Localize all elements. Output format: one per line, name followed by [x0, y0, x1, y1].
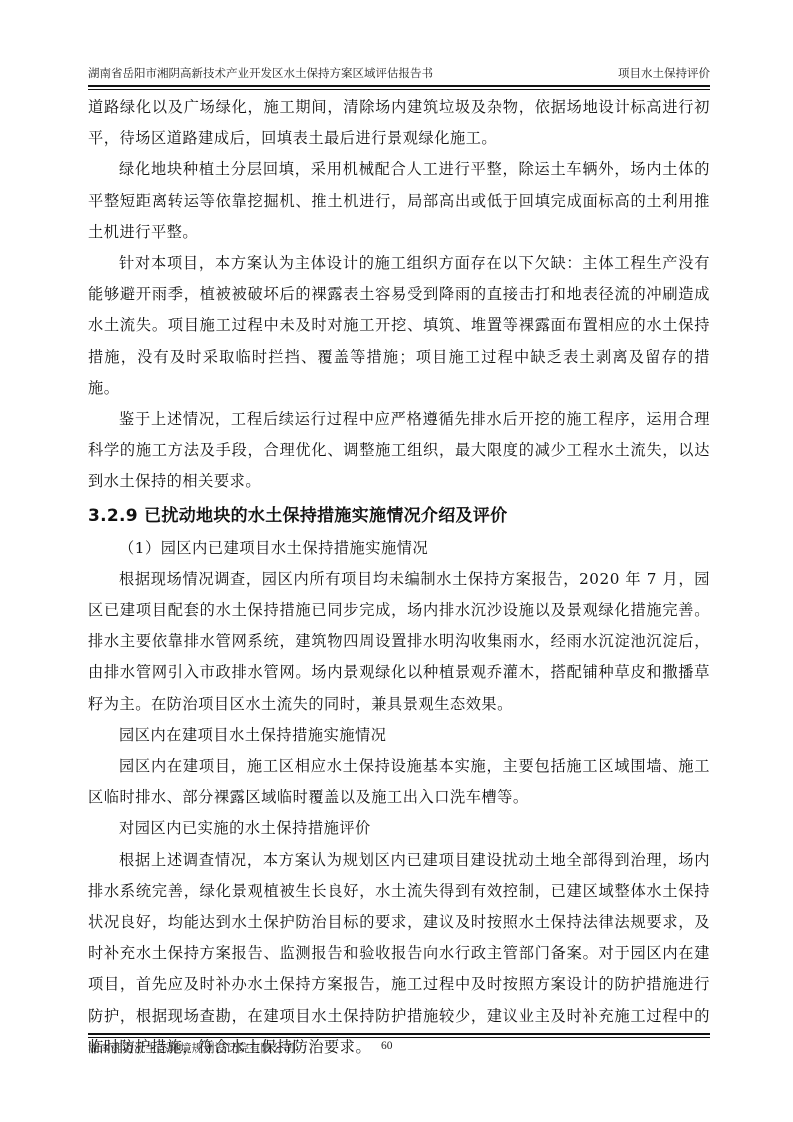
subsection-title: （1）园区内已建项目水土保持措施实施情况: [88, 533, 710, 564]
subsection-title: 对园区内已实施的水土保持措施评价: [88, 813, 710, 844]
document-title: 湖南省岳阳市湘阴高新技术产业开发区水土保持方案区域评估报告书: [88, 65, 433, 81]
header-rule-thin: [88, 89, 710, 90]
paragraph: 绿化地块种植土分层回填，采用机械配合人工进行平整，除运土车辆外，场内土体的平整短…: [88, 154, 710, 248]
header-rule-thick: [88, 85, 710, 87]
page-header: 湖南省岳阳市湘阴高新技术产业开发区水土保持方案区域评估报告书 项目水土保持评价: [88, 65, 710, 83]
paragraph: 针对本项目，本方案认为主体设计的施工组织方面存在以下欠缺：主体工程生产没有能够避…: [88, 248, 710, 404]
section-heading: 3.2.9 已扰动地块的水土保持措施实施情况介绍及评价: [88, 499, 710, 533]
company-name: 湖南湘资沅生态环境规划设计院有限公司: [88, 1040, 295, 1056]
paragraph: 鉴于上述情况，工程后续运行过程中应严格遵循先排水后开挖的施工程序，运用合理科学的…: [88, 404, 710, 498]
paragraph: 园区内在建项目，施工区相应水土保持设施基本实施，主要包括施工区域围墙、施工区临时…: [88, 751, 710, 813]
page-body: 道路绿化以及广场绿化，施工期间，清除场内建筑垃圾及杂物，依据场地设计标高进行初平…: [88, 92, 710, 1063]
paragraph: 根据上述调查情况，本方案认为规划区内已建项目建设扰动土地全部得到治理，场内排水系…: [88, 845, 710, 1063]
paragraph: 道路绿化以及广场绿化，施工期间，清除场内建筑垃圾及杂物，依据场地设计标高进行初平…: [88, 92, 710, 154]
paragraph: 根据现场情况调查，园区内所有项目均未编制水土保持方案报告，2020 年 7 月，…: [88, 564, 710, 720]
footer-rule-thick: [88, 1033, 710, 1035]
subsection-title: 园区内在建项目水土保持措施实施情况: [88, 720, 710, 751]
page-number: 60: [381, 1040, 393, 1052]
footer-rule-thin: [88, 1037, 710, 1038]
section-label: 项目水土保持评价: [618, 65, 710, 81]
